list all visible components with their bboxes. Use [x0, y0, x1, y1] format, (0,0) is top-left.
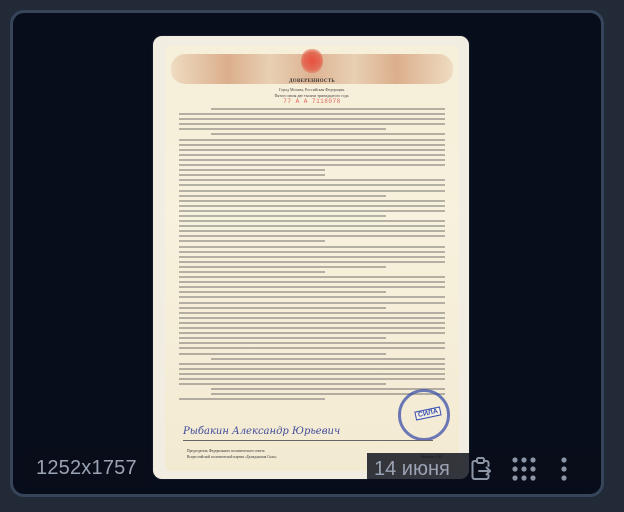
- text-line: [179, 307, 386, 309]
- document-title: ДОВЕРЕННОСТЬ: [165, 79, 459, 84]
- text-line: [179, 256, 445, 258]
- text-line: [179, 184, 445, 186]
- document-serial: 77 А А 7118078: [165, 98, 459, 105]
- text-line: [179, 215, 386, 217]
- document-body-text: [179, 108, 445, 403]
- text-line: [179, 118, 445, 120]
- stamp-text: СИЛА: [414, 406, 441, 420]
- text-line: [179, 240, 325, 242]
- text-line: [179, 398, 325, 400]
- grid-dots-icon[interactable]: [511, 456, 537, 482]
- text-line: [179, 195, 386, 197]
- emblem-icon: [301, 48, 323, 74]
- text-line: [179, 276, 445, 278]
- text-line: [179, 210, 445, 212]
- text-line: [179, 174, 325, 176]
- text-line: [179, 179, 445, 181]
- signature: Рыбакин Александр Юрьевич: [183, 426, 433, 438]
- clipboard-arrow-icon[interactable]: [468, 455, 494, 483]
- text-line: [179, 169, 325, 171]
- text-line: [179, 327, 445, 329]
- text-line: [179, 230, 445, 232]
- signature-line: [183, 440, 433, 441]
- text-line: [179, 302, 445, 304]
- footer-line-1: Председатель Федерального политического …: [187, 449, 265, 453]
- text-line: [179, 266, 386, 268]
- text-line: [179, 291, 386, 293]
- text-line: [179, 251, 445, 253]
- text-line: [211, 108, 445, 110]
- image-dimensions-label: 1252x1757: [23, 450, 149, 486]
- text-line: [179, 342, 445, 344]
- text-line: [179, 200, 445, 202]
- text-line: [179, 246, 445, 248]
- text-line: [179, 317, 445, 319]
- text-line: [179, 164, 445, 166]
- text-line: [179, 373, 445, 375]
- text-line: [179, 154, 445, 156]
- text-line: [179, 383, 386, 385]
- text-line: [179, 353, 386, 355]
- text-line: [179, 332, 445, 334]
- text-line: [211, 358, 445, 360]
- text-line: [179, 363, 445, 365]
- text-line: [179, 347, 445, 349]
- text-line: [179, 139, 445, 141]
- text-line: [179, 296, 445, 298]
- text-line: [179, 190, 445, 192]
- text-line: [179, 149, 445, 151]
- text-line: [179, 322, 445, 324]
- image-preview-card[interactable]: ДОВЕРЕННОСТЬ Город Москва, Российская Фе…: [10, 10, 604, 497]
- text-line: [179, 235, 445, 237]
- text-line: [179, 368, 445, 370]
- text-line: [179, 271, 325, 273]
- text-line: [179, 128, 386, 130]
- text-line: [179, 225, 445, 227]
- text-line: [179, 144, 445, 146]
- document-page: ДОВЕРЕННОСТЬ Город Москва, Российская Фе…: [165, 46, 459, 471]
- text-line: [179, 205, 445, 207]
- footer-line-2: Всероссийской политической партии «Гражд…: [187, 455, 277, 459]
- document-city: Город Москва, Российская Федерация.: [165, 87, 459, 92]
- text-line: [179, 261, 445, 263]
- text-line: [179, 337, 386, 339]
- more-vertical-icon[interactable]: [559, 456, 569, 482]
- text-line: [179, 220, 445, 222]
- text-line: [179, 312, 445, 314]
- text-line: [179, 159, 445, 161]
- text-line: [211, 388, 445, 390]
- text-line: [179, 378, 445, 380]
- text-line: [211, 133, 445, 135]
- text-line: [179, 113, 445, 115]
- document-image[interactable]: ДОВЕРЕННОСТЬ Город Москва, Российская Фе…: [153, 36, 469, 479]
- date-label: 14 июня: [374, 453, 450, 485]
- text-line: [179, 281, 445, 283]
- preview-toolbar: 14 июня: [367, 453, 599, 485]
- text-line: [179, 286, 445, 288]
- text-line: [179, 123, 445, 125]
